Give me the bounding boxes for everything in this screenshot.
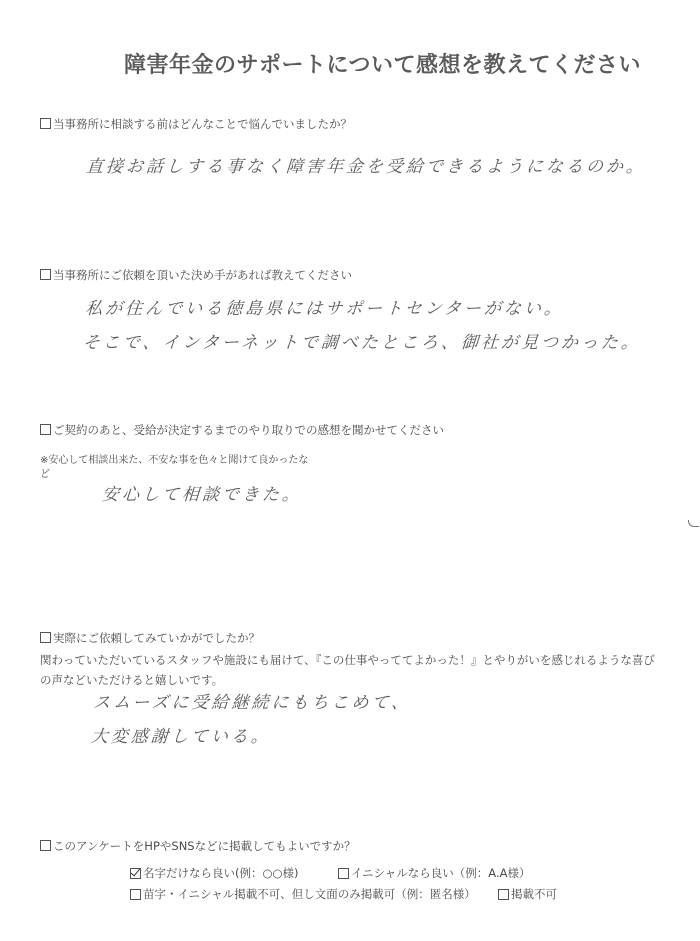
- checkbox-icon: [40, 118, 51, 129]
- option-text-only[interactable]: 苗字・イニシャル掲載不可、但し文面のみ掲載可（例：匿名様）: [130, 886, 476, 902]
- checkbox-icon[interactable]: [498, 889, 509, 900]
- page-title: 障害年金のサポートについて感想を教えてください: [124, 48, 641, 79]
- question-2-text: 当事務所にご依頼を頂いた決め手があれば教えてください: [53, 268, 352, 282]
- question-5-text: このアンケートをHPやSNSなどに掲載してもよいですか？: [53, 839, 356, 853]
- question-1-text: 当事務所に相談する前はどんなことで悩んでいましたか？: [53, 117, 352, 131]
- question-4-note: 関わっていただいているスタッフや施設にも届けて、『この仕事やっててよかった！』と…: [40, 650, 655, 690]
- answer-1-line-1: 直接お話しする事なく障害年金を受給できるようになるのか。: [85, 157, 646, 177]
- checkbox-icon[interactable]: [338, 868, 349, 879]
- answer-4-line-2: 大変感謝している。: [90, 720, 410, 754]
- option-surname-only-label: 名字だけなら良い(例：○○様): [143, 865, 299, 881]
- option-initials-only[interactable]: イニシャルなら良い（例：A.A様）: [338, 865, 531, 881]
- question-3-text: ご契約のあと、受給が決定するまでのやり取りでの感想を聞かせてください: [53, 423, 444, 437]
- note-3-line-1: ※安心して相談出来た、不安な事を色々と聞けて良かったな: [40, 454, 308, 468]
- checkbox-icon: [40, 269, 51, 280]
- question-3-label: ご契約のあと、受給が決定するまでのやり取りでの感想を聞かせてください: [40, 420, 444, 440]
- checkbox-icon: [40, 424, 51, 435]
- question-1-label: 当事務所に相談する前はどんなことで悩んでいましたか？: [40, 114, 352, 134]
- checkbox-icon[interactable]: [130, 889, 141, 900]
- option-no-publish-label: 掲載不可: [511, 886, 557, 902]
- question-4-label: 実際にご依頼してみていかがでしたか？: [40, 628, 260, 648]
- checkbox-icon: [40, 632, 51, 643]
- handwritten-answer-3: 安心して相談できた。: [101, 478, 303, 512]
- answer-3-line-1: 安心して相談できた。: [101, 485, 302, 505]
- option-initials-only-label: イニシャルなら良い（例：A.A様）: [351, 865, 531, 881]
- option-no-publish[interactable]: 掲載不可: [498, 886, 557, 902]
- answer-2-line-1: 私が住んでいる徳島県にはサポートセンターがない。: [84, 292, 645, 326]
- handwritten-answer-1: 直接お話しする事なく障害年金を受給できるようになるのか。: [85, 150, 647, 184]
- checked-checkbox-icon[interactable]: [130, 868, 141, 879]
- question-4-text: 実際にご依頼してみていかがでしたか？: [53, 631, 260, 645]
- note-4-line-1: 関わっていただいているスタッフや施設にも届けて、『この仕事やっててよかった！』と…: [40, 650, 655, 670]
- question-2-label: 当事務所にご依頼を頂いた決め手があれば教えてください: [40, 265, 352, 285]
- handwritten-answer-4: スムーズに受給継続にもちこめて、 大変感謝している。: [90, 686, 413, 754]
- answer-4-line-1: スムーズに受給継続にもちこめて、: [92, 686, 412, 720]
- answer-2-line-2: そこで、インターネットで調べたところ、御社が見つかった。: [82, 326, 643, 360]
- stray-pen-mark: [688, 520, 699, 527]
- checkbox-icon: [40, 840, 51, 851]
- question-5-label: このアンケートをHPやSNSなどに掲載してもよいですか？: [40, 836, 356, 856]
- handwritten-answer-2: 私が住んでいる徳島県にはサポートセンターがない。 そこで、インターネットで調べた…: [82, 292, 645, 360]
- option-text-only-label: 苗字・イニシャル掲載不可、但し文面のみ掲載可（例：匿名様）: [143, 886, 476, 902]
- option-surname-only[interactable]: 名字だけなら良い(例：○○様): [130, 865, 299, 881]
